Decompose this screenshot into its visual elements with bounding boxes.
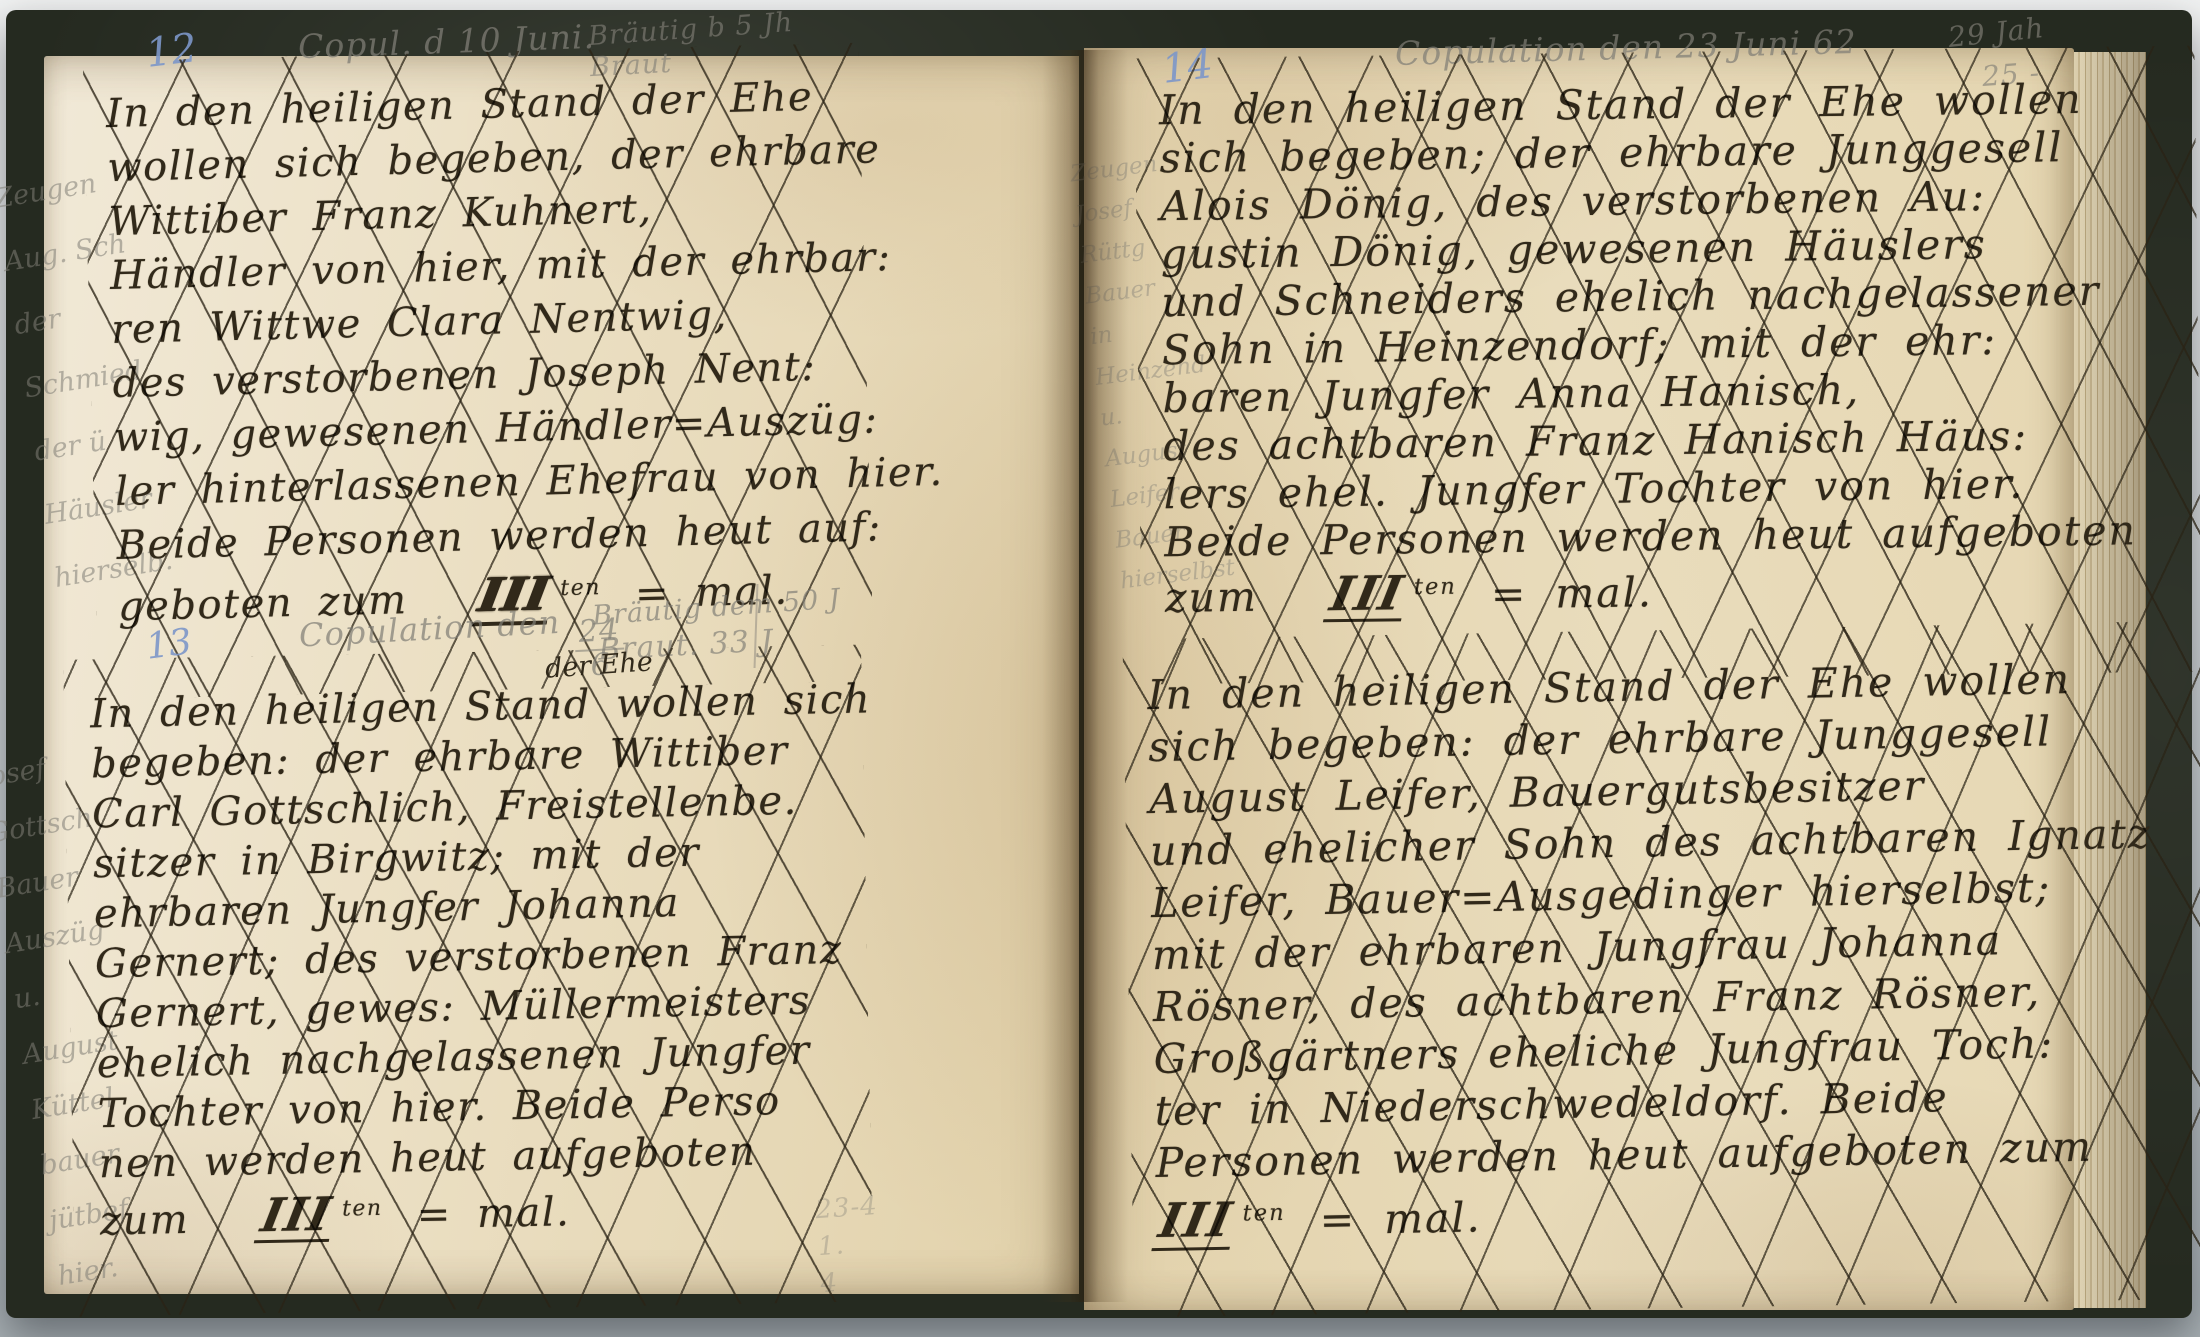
gutter-number: 4 <box>819 1262 884 1303</box>
entry-number-13: 13 <box>144 621 194 667</box>
roman-numeral-third-banns: III <box>1151 1194 1240 1251</box>
ordinal-suffix: ten <box>342 1196 383 1222</box>
roman-numeral-third-banns: III <box>254 1189 339 1244</box>
final-line-text: = mal. <box>1319 1193 1482 1244</box>
ordinal-suffix: ten <box>1414 574 1457 601</box>
final-line-text: = mal. <box>1491 568 1653 618</box>
banns-entry-15: In den heiligen Stand der Ehe wollen sic… <box>1147 651 2197 1251</box>
register-photo: 12 Copul. d 10 Juni. Bräutig b 5 Jh Brau… <box>0 0 2200 1337</box>
ordinal-suffix: ten <box>1242 1200 1285 1227</box>
final-line-text: zum <box>1165 573 1258 622</box>
banns-entry-13: In den heiligen Stand wollen sich begebe… <box>90 675 861 1247</box>
banns-entry-12: In den heiligen Stand der Ehe wollen sic… <box>105 69 858 635</box>
page-number-12: 12 <box>143 25 199 77</box>
banns-entry-14: In den heiligen Stand der Ehe wollen sic… <box>1159 74 2185 624</box>
final-line-text: = mal. <box>416 1190 570 1239</box>
ordinal-suffix: ten <box>560 575 601 601</box>
roman-numeral-third-banns: III <box>1323 570 1411 622</box>
final-line-text: zum <box>99 1197 189 1245</box>
